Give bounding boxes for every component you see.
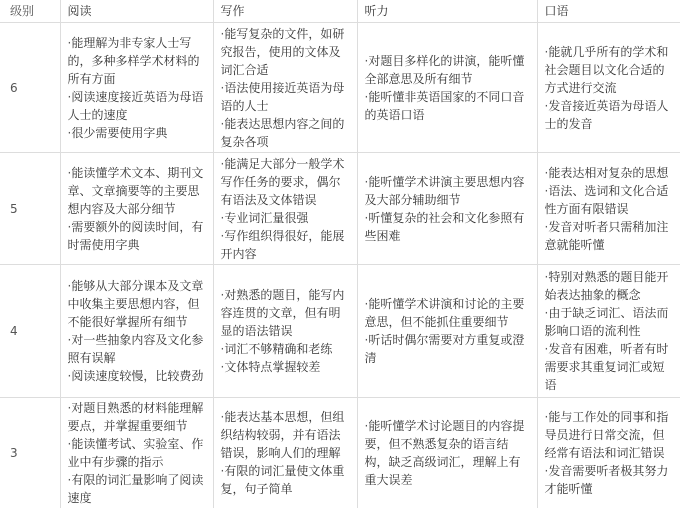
- writing-item: 有限的词汇量使文体重复，句子简单: [221, 462, 350, 498]
- listening-cell: 能听懂学术讲演和讨论的主要意思，但不能抓住重要细节听话时偶尔需要对方重复或澄清: [357, 265, 537, 398]
- reading-cell: 能读懂学术文本、期刊文章、文章摘要等的主要思想内容及大部分细节需要额外的阅读时间…: [60, 153, 213, 265]
- table-row: 4能够从大部分课本及文章中收集主要思想内容，但不能很好掌握所有细节对一些抽象内容…: [0, 265, 680, 398]
- speaking-item: 语法、选词和文化合适性方面有限错误: [545, 182, 674, 218]
- table-row: 3对题目熟悉的材料能理解要点，并掌握重要细节能读懂考试、实验室、作业中有步骤的指…: [0, 398, 680, 508]
- writing-cell: 能写复杂的文件，如研究报告，使用的文体及词汇合适语法使用接近英语为母语的人士能表…: [213, 23, 357, 153]
- writing-item: 对熟悉的题目，能写内容连贯的文章，但有明显的语法错误: [221, 286, 350, 340]
- speaking-cell: 能表达相对复杂的思想语法、选词和文化合适性方面有限错误发音对听者只需稍加注意就能…: [537, 153, 680, 265]
- proficiency-table: 级别 阅读 写作 听力 口语 6能理解为非专家人士写的，多种多样学术材料的所有方…: [0, 0, 680, 508]
- speaking-item: 发音有困难，听者有时需要求其重复词汇或短语: [545, 340, 674, 394]
- reading-cell: 能理解为非专家人士写的，多种多样学术材料的所有方面阅读速度接近英语为母语人士的速…: [60, 23, 213, 153]
- speaking-item: 发音需要听者极其努力才能听懂: [545, 462, 674, 498]
- reading-item: 阅读速度较慢，比较费劲: [68, 367, 206, 385]
- listening-cell: 能听懂学术讨论题目的内容提要，但不熟悉复杂的语言结构，缺乏高级词汇，理解上有重大…: [357, 398, 537, 508]
- header-row: 级别 阅读 写作 听力 口语: [0, 0, 680, 23]
- writing-item: 专业词汇量很强: [221, 209, 350, 227]
- listening-item: 能听懂非英语国家的不同口音的英语口语: [365, 88, 530, 124]
- speaking-cell: 能就几乎所有的学术和社会题目以文化合适的方式进行交流发音接近英语为母语人士的发音: [537, 23, 680, 153]
- listening-cell: 对题目多样化的讲演，能听懂全部意思及所有细节能听懂非英语国家的不同口音的英语口语: [357, 23, 537, 153]
- listening-item: 能听懂学术讲演主要思想内容及大部分辅助细节: [365, 173, 530, 209]
- speaking-item: 能就几乎所有的学术和社会题目以文化合适的方式进行交流: [545, 43, 674, 97]
- writing-item: 能满足大部分一般学术写作任务的要求，偶尔有语法及文体错误: [221, 155, 350, 209]
- reading-item: 很少需要使用字典: [68, 124, 206, 142]
- writing-cell: 能表达基本思想，但组织结构较弱，并有语法错误，影响人们的理解有限的词汇量使文体重…: [213, 398, 357, 508]
- reading-item: 有限的词汇量影响了阅读速度: [68, 471, 206, 507]
- writing-item: 文体特点掌握较差: [221, 358, 350, 376]
- speaking-item: 能与工作处的同事和指导员进行日常交流，但经常有语法和词汇错误: [545, 408, 674, 462]
- level-cell: 3: [0, 398, 60, 508]
- writing-item: 能写复杂的文件，如研究报告，使用的文体及词汇合适: [221, 25, 350, 79]
- speaking-cell: 能与工作处的同事和指导员进行日常交流，但经常有语法和词汇错误发音需要听者极其努力…: [537, 398, 680, 508]
- speaking-item: 发音对听者只需稍加注意就能听懂: [545, 218, 674, 254]
- speaking-item: 能表达相对复杂的思想: [545, 164, 674, 182]
- reading-item: 需要额外的阅读时间，有时需使用字典: [68, 218, 206, 254]
- writing-item: 能表达基本思想，但组织结构较弱，并有语法错误，影响人们的理解: [221, 408, 350, 462]
- listening-item: 听懂复杂的社会和文化参照有些困难: [365, 209, 530, 245]
- writing-item: 词汇不够精确和老练: [221, 340, 350, 358]
- reading-item: 阅读速度接近英语为母语人士的速度: [68, 88, 206, 124]
- reading-item: 对一些抽象内容及文化参照有误解: [68, 331, 206, 367]
- writing-cell: 能满足大部分一般学术写作任务的要求，偶尔有语法及文体错误专业词汇量很强写作组织得…: [213, 153, 357, 265]
- writing-item: 写作组织得很好，能展开内容: [221, 227, 350, 263]
- listening-item: 对题目多样化的讲演，能听懂全部意思及所有细节: [365, 52, 530, 88]
- speaking-cell: 特别对熟悉的题目能开始表达抽象的概念由于缺乏词汇、语法而影响口语的流利性发音有困…: [537, 265, 680, 398]
- speaking-item: 特别对熟悉的题目能开始表达抽象的概念: [545, 268, 674, 304]
- table-row: 5能读懂学术文本、期刊文章、文章摘要等的主要思想内容及大部分细节需要额外的阅读时…: [0, 153, 680, 265]
- level-cell: 6: [0, 23, 60, 153]
- level-cell: 5: [0, 153, 60, 265]
- writing-cell: 对熟悉的题目，能写内容连贯的文章，但有明显的语法错误词汇不够精确和老练文体特点掌…: [213, 265, 357, 398]
- listening-item: 听话时偶尔需要对方重复或澄清: [365, 331, 530, 367]
- listening-cell: 能听懂学术讲演主要思想内容及大部分辅助细节听懂复杂的社会和文化参照有些困难: [357, 153, 537, 265]
- header-reading: 阅读: [60, 0, 213, 23]
- reading-item: 能理解为非专家人士写的，多种多样学术材料的所有方面: [68, 34, 206, 88]
- header-listening: 听力: [357, 0, 537, 23]
- listening-item: 能听懂学术讨论题目的内容提要，但不熟悉复杂的语言结构，缺乏高级词汇，理解上有重大…: [365, 417, 530, 489]
- reading-item: 能够从大部分课本及文章中收集主要思想内容，但不能很好掌握所有细节: [68, 277, 206, 331]
- writing-item: 能表达思想内容之间的复杂各项: [221, 115, 350, 151]
- writing-item: 语法使用接近英语为母语的人士: [221, 79, 350, 115]
- reading-cell: 能够从大部分课本及文章中收集主要思想内容，但不能很好掌握所有细节对一些抽象内容及…: [60, 265, 213, 398]
- header-speaking: 口语: [537, 0, 680, 23]
- header-writing: 写作: [213, 0, 357, 23]
- header-level: 级别: [0, 0, 60, 23]
- table-row: 6能理解为非专家人士写的，多种多样学术材料的所有方面阅读速度接近英语为母语人士的…: [0, 23, 680, 153]
- reading-item: 能读懂考试、实验室、作业中有步骤的指示: [68, 435, 206, 471]
- speaking-item: 由于缺乏词汇、语法而影响口语的流利性: [545, 304, 674, 340]
- reading-item: 能读懂学术文本、期刊文章、文章摘要等的主要思想内容及大部分细节: [68, 164, 206, 218]
- listening-item: 能听懂学术讲演和讨论的主要意思，但不能抓住重要细节: [365, 295, 530, 331]
- reading-item: 对题目熟悉的材料能理解要点，并掌握重要细节: [68, 399, 206, 435]
- level-cell: 4: [0, 265, 60, 398]
- speaking-item: 发音接近英语为母语人士的发音: [545, 97, 674, 133]
- reading-cell: 对题目熟悉的材料能理解要点，并掌握重要细节能读懂考试、实验室、作业中有步骤的指示…: [60, 398, 213, 508]
